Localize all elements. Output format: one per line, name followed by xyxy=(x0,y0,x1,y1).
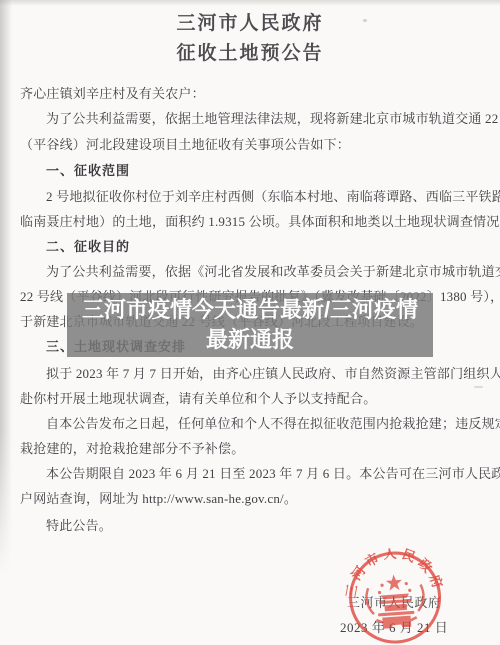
scan-edge-shadow-left xyxy=(0,0,12,575)
document-title-line2: 征收土地预公告 xyxy=(0,38,500,65)
covid-notice-overlay: 三河市疫情今天通告最新/三河疫情 最新通报 xyxy=(67,293,433,357)
text-line: 本公告期限自 2023 年 6 月 21 日至 2023 年 7 月 6 日。本… xyxy=(46,465,500,482)
text-line: 栽抢建的，对抢栽抢建部分不予补偿。 xyxy=(20,440,498,457)
section-heading: 二、征收目的 xyxy=(46,238,500,255)
scan-edge-shadow-top xyxy=(0,0,500,6)
text-line: （平谷线）河北段建设项目土地征收有关事项公告如下： xyxy=(20,136,498,153)
government-seal: 三河市人民政府 xyxy=(340,544,451,645)
text-line: 为了公共利益需要，依据《河北省发展和改革委员会关于新建北京市城市轨道交通 xyxy=(46,263,500,280)
text-line: 2 号地拟征收你村位于刘辛庄村西侧（东临本村地、南临蒋谭路、西临三平铁路、北 xyxy=(46,188,500,205)
text-line: 齐心庄镇刘辛庄村及有关农户： xyxy=(20,85,498,102)
scan-artifact xyxy=(474,386,483,388)
document-title-line1: 三河市人民政府 xyxy=(0,8,500,35)
text-line: 特此公告。 xyxy=(46,517,500,534)
overlay-text-line1: 三河市疫情今天通告最新/三河疫情 xyxy=(67,295,433,325)
svg-text:三河市人民政府: 三河市人民政府 xyxy=(340,544,448,600)
text-line: 户网站查询，网址为 http://www.san-he.gov.cn/。 xyxy=(20,490,498,507)
overlay-text-line2: 最新通报 xyxy=(67,325,433,355)
text-line: 赴你村开展土地现状调查，请有关单位和个人予以支持配合。 xyxy=(20,390,498,407)
seal-arc-text: 三河市人民政府 xyxy=(340,544,448,600)
national-emblem-icon xyxy=(365,572,426,629)
text-line: 临南聂庄村地）的土地，面积约 1.9315 公顷。具体面积和地类以土地现状调查情… xyxy=(20,213,498,230)
text-line: 自本公告发布之日起，任何单位和个人不得在拟征收范围内抢栽抢建；违反规定抢 xyxy=(46,415,500,432)
section-heading: 一、征收范围 xyxy=(46,162,500,179)
text-line: 为了公共利益需要，依据土地管理法律法规，现将新建北京市城市轨道交通 22 号线 xyxy=(46,110,500,127)
scanned-notice-page: 三河市人民政府 征收土地预公告 齐心庄镇刘辛庄村及有关农户：为了公共利益需要，依… xyxy=(0,0,500,645)
text-line: 拟于 2023 年 7 月 7 日开始，由齐心庄镇人民政府、市自然资源主管部门组… xyxy=(46,365,500,382)
